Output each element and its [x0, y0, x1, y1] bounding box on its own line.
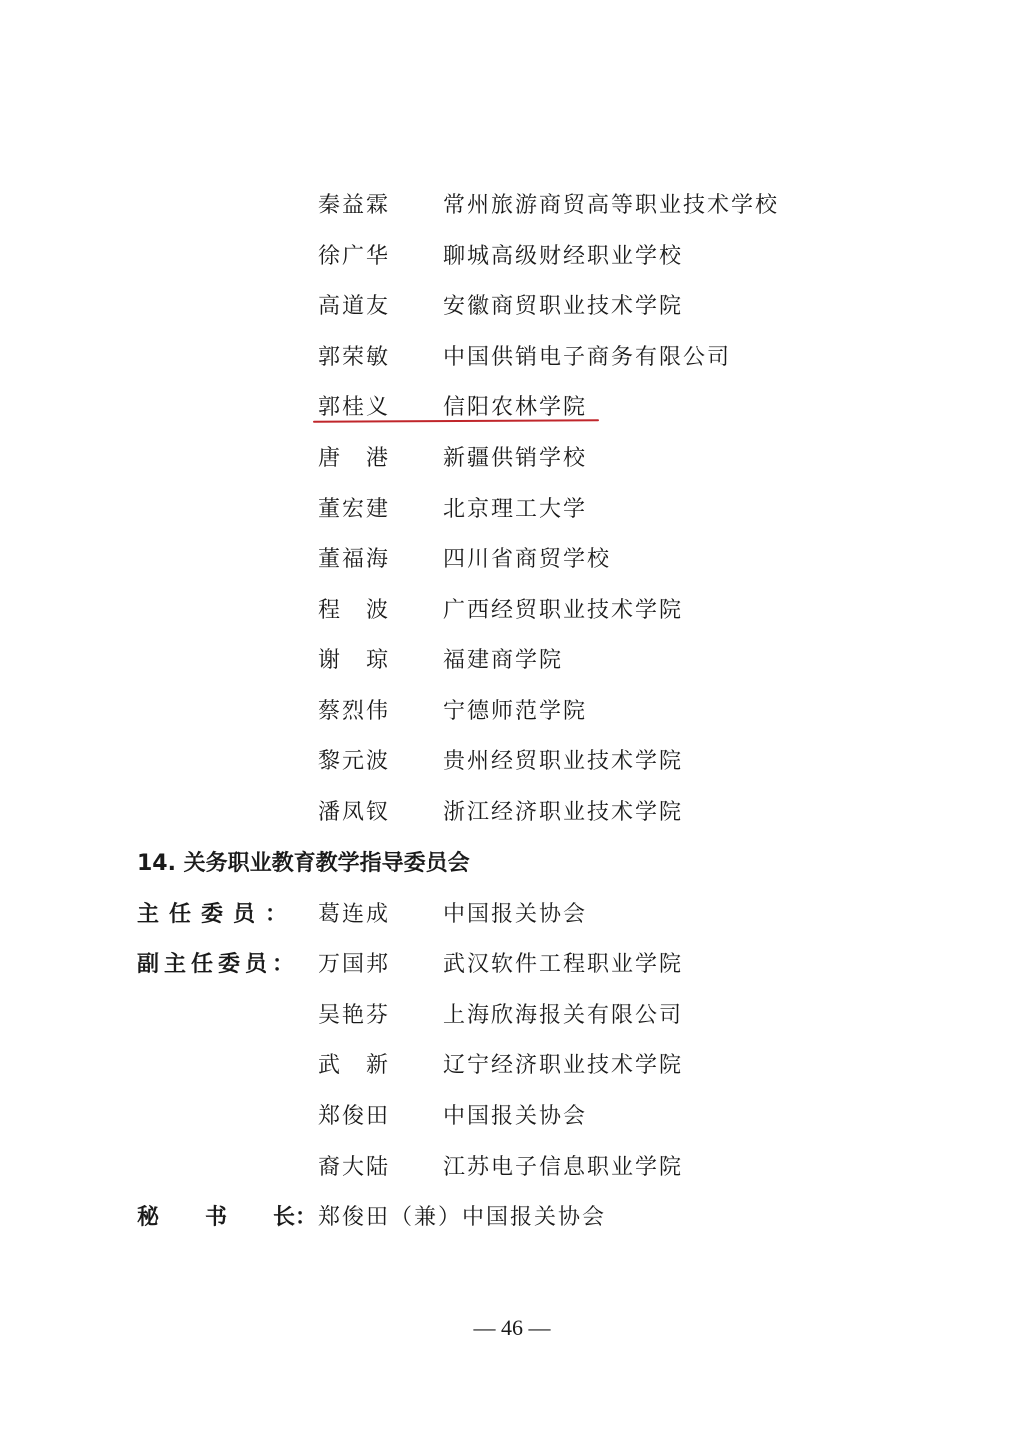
role-label-vice-director: 副主任委员： — [137, 950, 299, 980]
member-org: 福建商学院 — [443, 646, 563, 676]
member-name: 郭荣敏 — [318, 343, 390, 373]
member-org: 贵州经贸职业技术学院 — [443, 747, 683, 777]
member-org: 聊城高级财经职业学校 — [443, 242, 683, 272]
member-name: 葛连成 — [318, 900, 390, 930]
member-org: 北京理工大学 — [443, 495, 587, 525]
member-org: 江苏电子信息职业学院 — [443, 1153, 683, 1183]
member-name: 董宏建 — [318, 495, 390, 525]
member-name: 秦益霖 — [318, 191, 390, 221]
member-name: 郑俊田 — [318, 1102, 390, 1132]
member-org: 中国报关协会 — [443, 900, 587, 930]
section-title: 14. 关务职业教育教学指导委员会 — [137, 849, 470, 879]
member-name: 蔡烈伟 — [318, 697, 390, 727]
member-name: 潘凤钗 — [318, 798, 390, 828]
member-name: 高道友 — [318, 292, 390, 322]
member-org: 中国供销电子商务有限公司 — [443, 343, 731, 373]
member-org: 新疆供销学校 — [443, 444, 587, 474]
page-number: — 46 — — [0, 1315, 1024, 1341]
member-name: 武 新 — [318, 1051, 390, 1081]
member-org: 广西经贸职业技术学院 — [443, 596, 683, 626]
member-org: 上海欣海报关有限公司 — [443, 1001, 683, 1031]
member-name: 郭桂义 — [318, 393, 390, 423]
member-name: 裔大陆 — [318, 1153, 390, 1183]
role-char: 书 — [205, 1203, 227, 1233]
member-org: 宁德师范学院 — [443, 697, 587, 727]
member-org: 四川省商贸学校 — [443, 545, 611, 575]
member-name: 万国邦 — [318, 950, 390, 980]
member-org: 辽宁经济职业技术学院 — [443, 1051, 683, 1081]
role-char: 长： — [273, 1203, 317, 1233]
member-org: 浙江经济职业技术学院 — [443, 798, 683, 828]
member-name: 徐广华 — [318, 242, 390, 272]
member-name: 董福海 — [318, 545, 390, 575]
role-char: 秘 — [137, 1203, 159, 1233]
secretary-general-value: 郑俊田（兼）中国报关协会 — [318, 1203, 606, 1233]
member-org: 常州旅游商贸高等职业技术学校 — [443, 191, 779, 221]
member-name: 唐 港 — [318, 444, 390, 474]
member-org: 武汉软件工程职业学院 — [443, 950, 683, 980]
member-org: 安徽商贸职业技术学院 — [443, 292, 683, 322]
member-org: 中国报关协会 — [443, 1102, 587, 1132]
member-name: 谢 琼 — [318, 646, 390, 676]
member-name: 黎元波 — [318, 747, 390, 777]
member-name: 程 波 — [318, 596, 390, 626]
member-name: 吴艳芬 — [318, 1001, 390, 1031]
role-label-secretary-general: 秘 书 长： — [137, 1203, 317, 1233]
role-label-director: 主任委员： — [137, 900, 297, 930]
